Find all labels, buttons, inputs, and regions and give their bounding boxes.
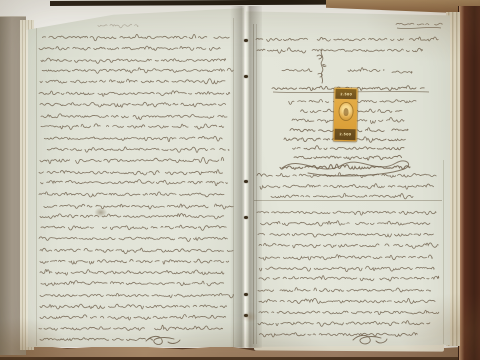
handwriting-left-text-line-1 — [39, 30, 229, 42]
handwriting-left-text-line-15 — [39, 187, 227, 199]
handwriting-left-text-line-2 — [39, 41, 220, 53]
right-page: 2.500 2.500 — [246, 10, 450, 347]
handwriting-left-text-line-12 — [40, 153, 224, 165]
left-margin-rule — [36, 24, 37, 346]
stamp-value-top: 2.500 — [340, 92, 352, 96]
handwriting-body-text-line-5 — [259, 250, 432, 262]
handwriting-opening-lines-line-2 — [257, 43, 423, 55]
handwriting-body-text-line-12 — [257, 327, 417, 339]
handwriting-body-text-line-4 — [259, 238, 438, 250]
photo-of-open-manuscript-book: 2.500 2.500 — [0, 0, 480, 360]
handwriting-left-text-line-26 — [40, 310, 226, 322]
handwriting-intro-lines-line-3 — [271, 189, 413, 201]
stamp-value-band-top: 2.500 — [335, 89, 356, 99]
left-page — [26, 8, 244, 347]
handwriting-left-text-line-19 — [39, 231, 227, 243]
handwriting-closing-initials — [392, 65, 412, 77]
handwriting-left-text-line-5 — [40, 74, 225, 86]
handwriting-left-text-line-10 — [41, 131, 222, 143]
handwriting-left-text-line-6 — [39, 86, 230, 98]
handwriting-left-text-line-28 — [40, 332, 153, 344]
right-margin-rule — [443, 160, 444, 344]
handwriting-body-text-line-2 — [257, 216, 430, 228]
handwriting-body-text-line-7 — [259, 271, 439, 283]
handwriting-pencil-mark — [94, 18, 138, 30]
handwriting-left-text-line-14 — [39, 175, 227, 187]
handwriting-left-text-line-9 — [41, 119, 224, 131]
handwriting-left-text-line-22 — [40, 265, 224, 277]
double-margin-rule-outer — [253, 24, 254, 344]
stamp-portrait-oval — [339, 103, 352, 120]
handwriting-closing-right — [348, 63, 384, 75]
handwriting-body-text-line-9 — [259, 294, 435, 306]
handwriting-left-text-line-24 — [40, 288, 233, 300]
handwriting-folio-annotation — [396, 17, 442, 29]
double-margin-rule-inner — [256, 24, 257, 344]
handwriting-left-text-line-7 — [40, 97, 228, 109]
handwriting-left-text-line-23 — [41, 276, 224, 288]
handwriting-closing-left — [282, 63, 312, 75]
stamp-value-bottom: 2.500 — [339, 132, 351, 136]
revenue-stamp: 2.500 2.500 — [333, 88, 357, 141]
right-cover-edge — [458, 6, 480, 360]
stamp-value-band-bottom: 2.500 — [334, 129, 355, 140]
